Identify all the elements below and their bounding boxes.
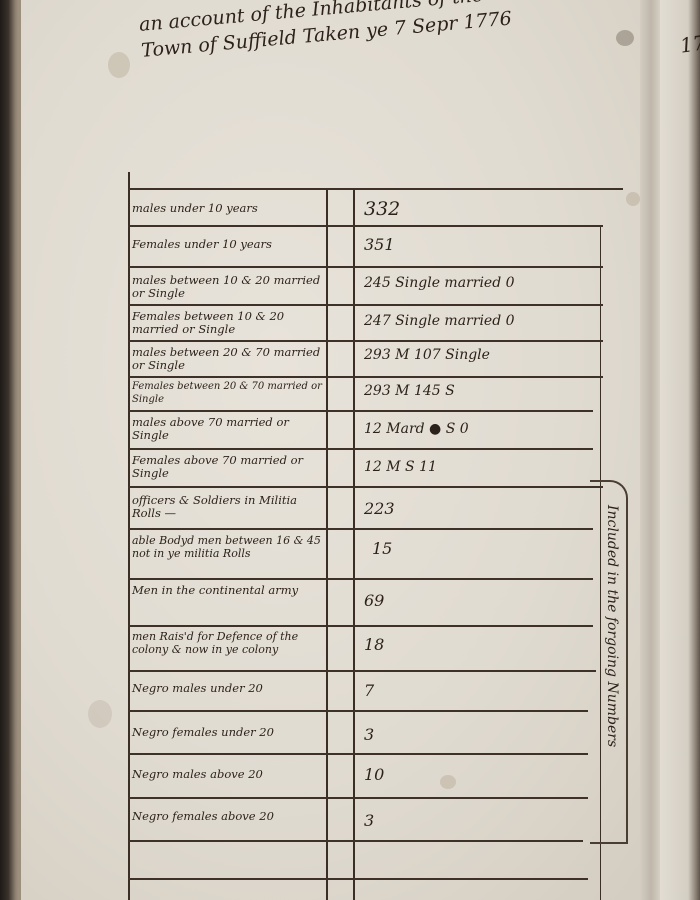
row-label: males above 70 married or Single <box>132 416 328 442</box>
row-label: Men in the continental army <box>132 584 328 597</box>
row-label: Negro females above 20 <box>132 810 328 823</box>
row-divider <box>128 410 593 412</box>
row-value: 247 Single married 0 <box>364 312 515 330</box>
row-value: 7 <box>364 682 374 700</box>
row-value: 293 M 145 S <box>364 382 455 400</box>
row-label: Females under 10 years <box>132 238 328 251</box>
row-label: Negro females under 20 <box>132 726 328 739</box>
row-label: Females between 10 & 20 married or Singl… <box>132 310 328 336</box>
row-label: men Rais'd for Defence of the colony & n… <box>132 630 328 656</box>
side-note-text: Included in the forgoing Numbers <box>604 505 620 835</box>
row-value: 69 <box>364 592 384 610</box>
row-divider <box>128 840 583 842</box>
row-value: 223 <box>364 500 395 518</box>
stain <box>626 192 640 206</box>
row-value: 12 M S 11 <box>364 458 437 476</box>
row-value: 3 <box>364 726 374 744</box>
row-label: officers & Soldiers in Militia Rolls — <box>132 494 328 520</box>
row-divider <box>128 486 603 488</box>
row-divider <box>128 670 596 672</box>
row-divider <box>128 625 593 627</box>
row-label: Negro males above 20 <box>132 768 328 781</box>
adjacent-page-number: 17 <box>678 30 700 57</box>
census-table: males under 10 years 332 Females under 1… <box>128 170 623 900</box>
row-label: males between 10 & 20 married or Single <box>132 274 328 300</box>
row-value: 332 <box>364 200 400 218</box>
table-rule-left <box>128 172 130 900</box>
row-label: able Bodyd men between 16 & 45 not in ye… <box>132 534 328 560</box>
row-label: Females between 20 & 70 married or Singl… <box>132 380 328 406</box>
row-value: 10 <box>364 766 384 784</box>
stain <box>88 700 112 728</box>
row-label: males under 10 years <box>132 202 328 215</box>
row-value: 3 <box>364 812 374 830</box>
row-value: 351 <box>364 236 395 254</box>
row-label: Negro males under 20 <box>132 682 328 695</box>
row-label: Females above 70 married or Single <box>132 454 328 480</box>
row-value: 245 Single married 0 <box>364 274 515 292</box>
adjacent-page <box>660 0 700 900</box>
row-value: 18 <box>364 636 384 654</box>
row-label: males between 20 & 70 married or Single <box>132 346 328 372</box>
row-divider <box>128 304 603 306</box>
row-divider <box>128 878 588 880</box>
row-divider <box>128 448 593 450</box>
row-divider <box>128 266 603 268</box>
stain <box>616 30 634 46</box>
row-divider <box>128 340 603 342</box>
stain <box>108 52 130 78</box>
row-value: 293 M 107 Single <box>364 346 490 364</box>
row-value: 12 Mard ● S 0 <box>364 420 469 438</box>
row-divider <box>128 797 588 799</box>
row-divider <box>128 710 588 712</box>
row-value: 15 <box>372 540 392 558</box>
row-divider <box>128 376 603 378</box>
row-divider <box>128 753 588 755</box>
row-divider <box>128 528 593 530</box>
table-rule-top <box>128 188 623 190</box>
row-divider <box>128 225 603 227</box>
page-gutter <box>640 0 662 900</box>
table-rule-value <box>353 190 355 900</box>
row-divider <box>128 578 593 580</box>
